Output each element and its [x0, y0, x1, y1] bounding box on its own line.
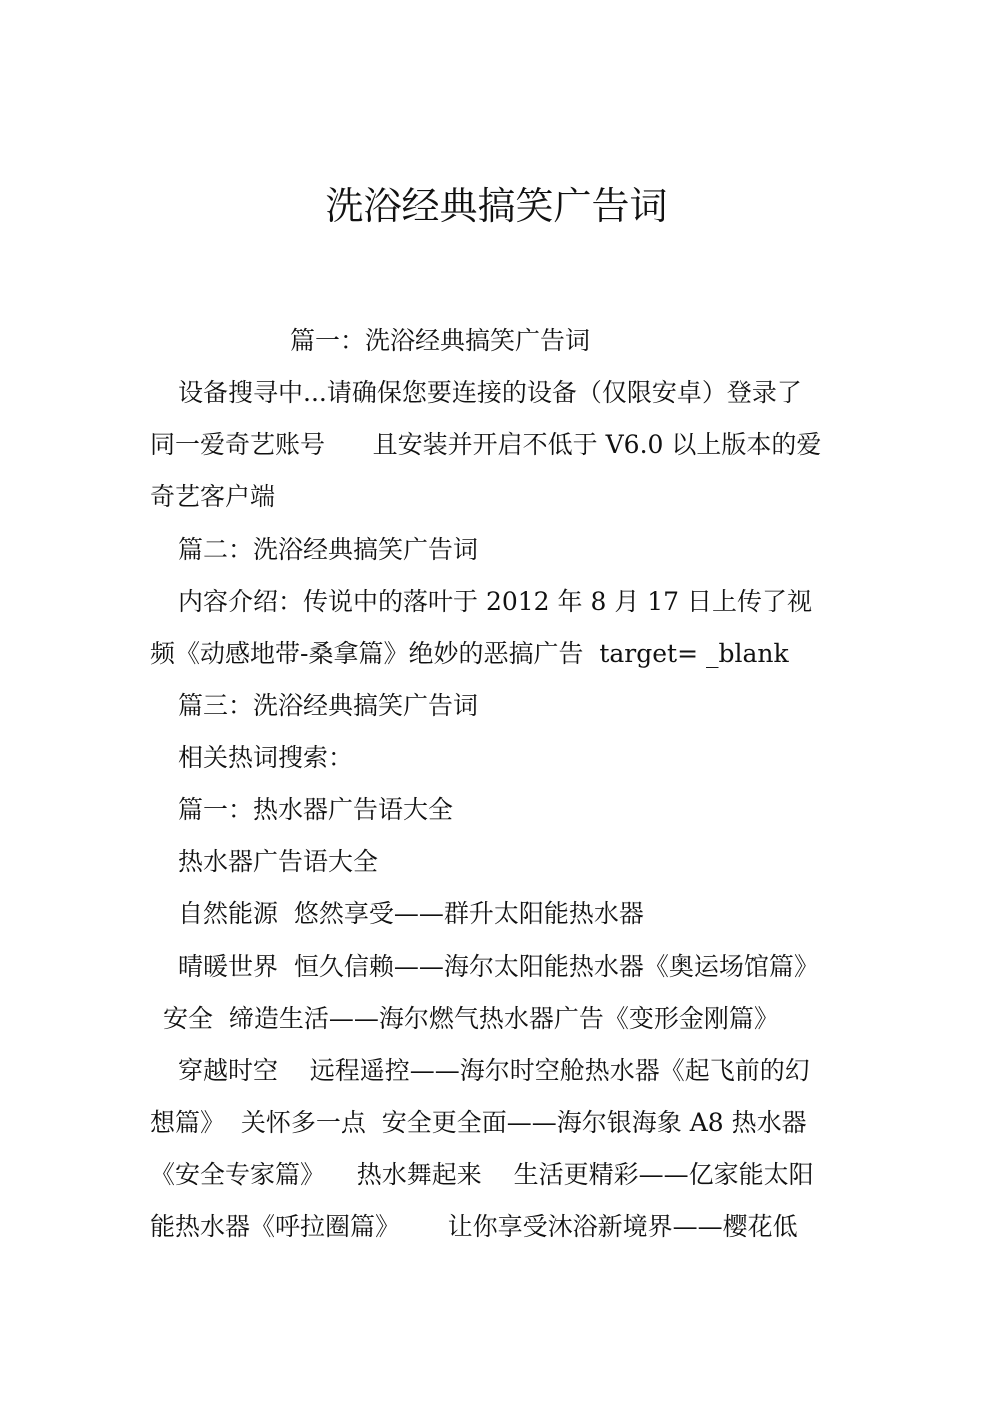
- slogan-line: 《安全专家篇》 热水舞起来 生活更精彩——亿家能太阳: [150, 1158, 814, 1192]
- document-title: 洗浴经典搞笑广告词: [0, 180, 993, 232]
- section-heading-1: 篇一：洗浴经典搞笑广告词: [290, 324, 590, 358]
- slogan-line: 晴暖世界 恒久信赖——海尔太阳能热水器《奥运场馆篇》: [178, 950, 819, 984]
- paragraph-line: 相关热词搜索：: [178, 741, 353, 775]
- slogan-line: 能热水器《呼拉圈篇》 让你享受沐浴新境界——樱花低: [150, 1210, 798, 1244]
- paragraph-line: 热水器广告语大全: [178, 845, 378, 879]
- paragraph-line: 同一爱奇艺账号 且安装并开启不低于 V6.0 以上版本的爱: [150, 428, 821, 462]
- document-page: 洗浴经典搞笑广告词 篇一：洗浴经典搞笑广告词 设备搜寻中...请确保您要连接的设…: [0, 0, 993, 1404]
- section-heading-2: 篇二：洗浴经典搞笑广告词: [178, 533, 478, 567]
- paragraph-line: 设备搜寻中...请确保您要连接的设备（仅限安卓）登录了: [178, 376, 802, 410]
- subsection-heading: 篇一：热水器广告语大全: [178, 793, 453, 827]
- slogan-line: 自然能源 悠然享受——群升太阳能热水器: [178, 897, 644, 931]
- slogan-line: 想篇》 关怀多一点 安全更全面——海尔银海象 A8 热水器: [150, 1106, 807, 1140]
- section-heading-3: 篇三：洗浴经典搞笑广告词: [178, 689, 478, 723]
- paragraph-line: 内容介绍：传说中的落叶于 2012 年 8 月 17 日上传了视: [178, 585, 812, 619]
- paragraph-line: 频《动感地带-桑拿篇》绝妙的恶搞广告 target= _blank: [150, 637, 789, 671]
- paragraph-line: 奇艺客户端: [150, 480, 275, 514]
- slogan-line: 安全 缔造生活——海尔燃气热水器广告《变形金刚篇》: [163, 1002, 779, 1036]
- slogan-line: 穿越时空 远程遥控——海尔时空舱热水器《起飞前的幻: [178, 1054, 810, 1088]
